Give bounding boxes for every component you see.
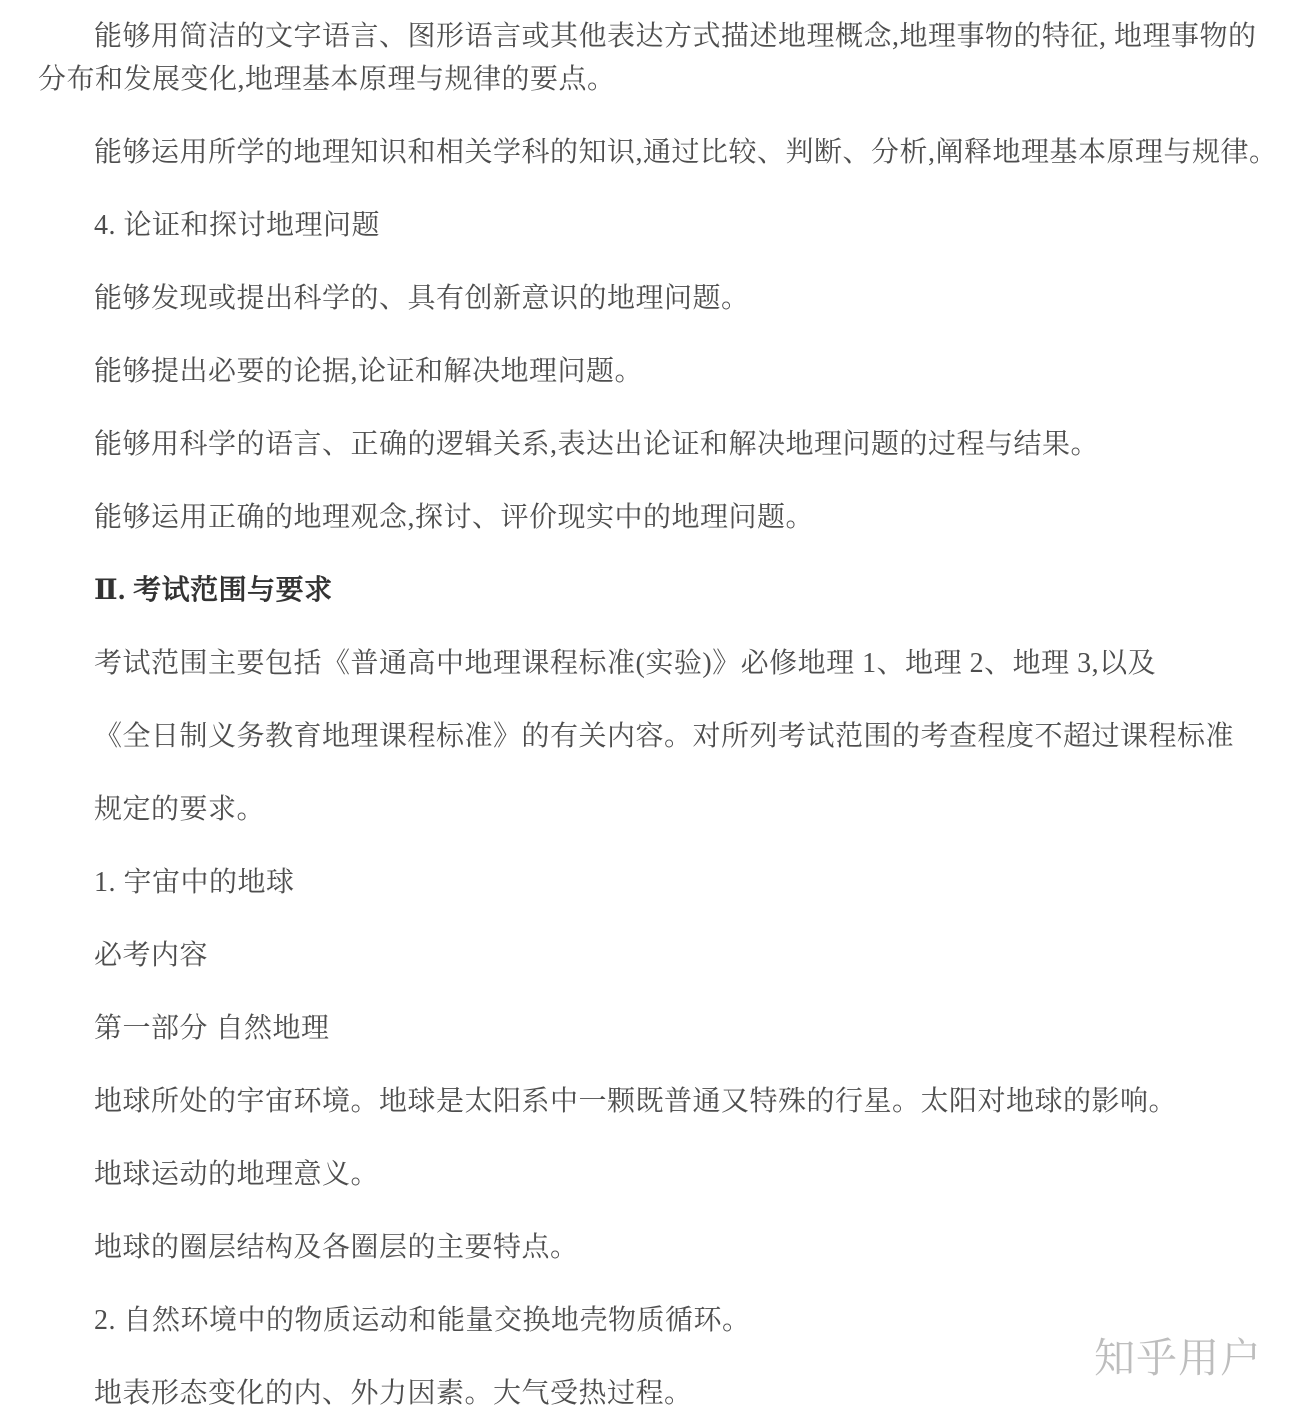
paragraph-line: 地表形态变化的内、外力因素。大气受热过程。 xyxy=(38,1372,1257,1409)
list-item-heading: 1. 宇宙中的地球 xyxy=(38,861,1257,904)
list-item-heading: 4. 论证和探讨地理问题 xyxy=(38,204,1257,247)
paragraph-line: 能够提出必要的论据,论证和解决地理问题。 xyxy=(38,350,1257,393)
subsection-heading: 第一部分 自然地理 xyxy=(38,1007,1257,1050)
list-item-heading: 2. 自然环境中的物质运动和能量交换地壳物质循环。 xyxy=(38,1299,1257,1342)
paragraph-line: 地球运动的地理意义。 xyxy=(38,1153,1257,1196)
paragraph-line: 能够发现或提出科学的、具有创新意识的地理问题。 xyxy=(38,277,1257,320)
paragraph-line: 地球的圈层结构及各圈层的主要特点。 xyxy=(38,1226,1257,1269)
section-heading: Ⅱ. 考试范围与要求 xyxy=(38,569,1257,612)
paragraph-line: 能够用简洁的文字语言、图形语言或其他表达方式描述地理概念,地理事物的特征, 地理… xyxy=(38,15,1257,58)
paragraph-line: 考试范围主要包括《普通高中地理课程标准(实验)》必修地理 1、地理 2、地理 3… xyxy=(38,642,1257,685)
paragraph-line: 能够运用正确的地理观念,探讨、评价现实中的地理问题。 xyxy=(38,496,1257,539)
paragraph-line: 《全日制义务教育地理课程标准》的有关内容。对所列考试范围的考查程度不超过课程标准 xyxy=(38,715,1257,758)
paragraph-line: 能够用科学的语言、正确的逻辑关系,表达出论证和解决地理问题的过程与结果。 xyxy=(38,423,1257,466)
paragraph-line: 地球所处的宇宙环境。地球是太阳系中一颗既普通又特殊的行星。太阳对地球的影响。 xyxy=(38,1080,1257,1123)
paragraph-line: 能够运用所学的地理知识和相关学科的知识,通过比较、判断、分析,阐释地理基本原理与… xyxy=(38,131,1257,174)
zhihu-user-watermark: 知乎用户 xyxy=(1094,1338,1262,1379)
paragraph-line: 分布和发展变化,地理基本原理与规律的要点。 xyxy=(38,58,1257,101)
document-page: 能够用简洁的文字语言、图形语言或其他表达方式描述地理概念,地理事物的特征, 地理… xyxy=(0,0,1295,1409)
paragraph-line: 规定的要求。 xyxy=(38,788,1257,831)
paragraph-line: 必考内容 xyxy=(38,934,1257,977)
